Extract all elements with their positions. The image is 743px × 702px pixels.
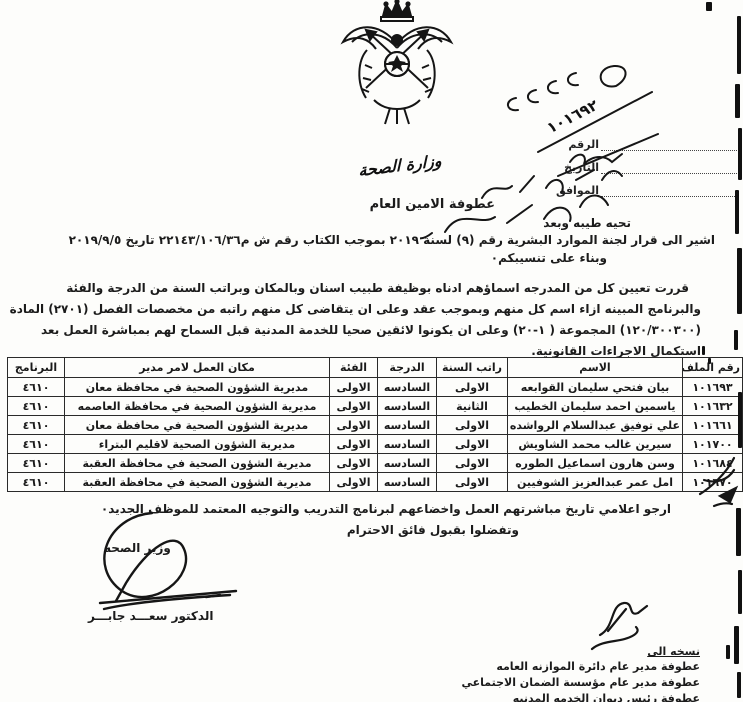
cell-program: ٤٦١٠: [8, 378, 65, 397]
scan-artifact: [738, 570, 742, 614]
cell-category: الاولى: [330, 378, 378, 397]
col-header-degree: الدرجة: [378, 358, 437, 378]
cell-category: الاولى: [330, 454, 378, 473]
cell-salary-year: الاولى: [437, 454, 508, 473]
scan-artifact: [738, 392, 742, 448]
cell-program: ٤٦١٠: [8, 473, 65, 492]
scan-artifact: [734, 626, 739, 664]
cell-file-number: ١٠١٦٣٢: [683, 397, 743, 416]
cell-category: الاولى: [330, 416, 378, 435]
handwritten-checkmark: [690, 448, 743, 508]
decision-line-1: قررت تعيين كل من المدرجه اسماؤهم ادناه ب…: [66, 281, 689, 295]
cell-program: ٤٦١٠: [8, 397, 65, 416]
decision-line-3: (١٢٠/٣٠٠٣٠٠) المجموعة ( ١-٢٠) وعلى ان يك…: [41, 323, 701, 337]
cell-name: بيان فتحي سليمان القوابعه: [508, 378, 683, 397]
copy-item: عطوفة مدير عام مؤسسة الضمان الاجتماعي: [461, 676, 700, 689]
table-header-row: رقم الملف الاسم راتب السنة الدرجة الفئة …: [8, 358, 743, 378]
cell-salary-year: الاولى: [437, 378, 508, 397]
cell-workplace: مديرية الشؤون الصحية في محافظة معان: [65, 378, 330, 397]
appointments-table: رقم الملف الاسم راتب السنة الدرجة الفئة …: [7, 357, 743, 492]
scan-artifact: [736, 508, 741, 556]
cell-category: الاولى: [330, 473, 378, 492]
cell-salary-year: الاولى: [437, 473, 508, 492]
cell-degree: السادسه: [378, 473, 437, 492]
cell-name: وسن هارون اسماعيل الطوره: [508, 454, 683, 473]
cell-degree: السادسه: [378, 397, 437, 416]
cell-name: امل عمر عبدالعزيز الشوفيين: [508, 473, 683, 492]
reference-line: اشير الى قرار لجنة الموارد البشرية رقم (…: [69, 233, 715, 247]
col-header-name: الاسم: [508, 358, 683, 378]
cell-file-number: ١٠١٦٩٣: [683, 378, 743, 397]
scanned-letter-page: وزارة الصحة الرقم التاريخ الموافق ١٠١٦٩٢…: [0, 0, 743, 702]
scan-artifact: [706, 2, 712, 11]
table-row: ١٠١٦٩٣ بيان فتحي سليمان القوابعه الاولى …: [8, 378, 743, 397]
copy-item: عطوفة رئيس ديوان الخدمه المدنيه: [513, 692, 700, 702]
cell-workplace: مديرية الشؤون الصحية لاقليم البتراء: [65, 435, 330, 454]
cell-name: علي توفيق عبدالسلام الرواشده: [508, 416, 683, 435]
cell-program: ٤٦١٠: [8, 435, 65, 454]
cell-workplace: مديرية الشؤون الصحية في محافظة العقبة: [65, 473, 330, 492]
greeting-line: تحيه طيبه وبعد: [543, 216, 631, 230]
copy-item: عطوفة مدير عام دائرة الموازنه العامه: [496, 660, 700, 673]
table-row: ١٠١٦٧٠ امل عمر عبدالعزيز الشوفيين الاولى…: [8, 473, 743, 492]
col-header-program: البرنامج: [8, 358, 65, 378]
cell-salary-year: الاولى: [437, 416, 508, 435]
table-row: ١٠١٦٦١ علي توفيق عبدالسلام الرواشده الاو…: [8, 416, 743, 435]
scan-artifact: [708, 358, 711, 364]
scan-artifact: [734, 330, 738, 350]
cell-salary-year: الاولى: [437, 435, 508, 454]
cell-program: ٤٦١٠: [8, 454, 65, 473]
scan-artifact: [737, 672, 741, 698]
cell-workplace: مديرية الشؤون الصحية في محافظة العاصمه: [65, 397, 330, 416]
recipient-heading: عطوفة الامين العام: [370, 197, 495, 212]
cell-degree: السادسه: [378, 435, 437, 454]
table-row: ١٠١٦٨٤ وسن هارون اسماعيل الطوره الاولى ا…: [8, 454, 743, 473]
cell-degree: السادسه: [378, 416, 437, 435]
scan-artifact: [735, 190, 739, 234]
signature-name: الدكتور سعـــد جابـــر: [88, 609, 213, 623]
scan-artifact: [702, 346, 705, 355]
signature-title: وزير الصحه: [104, 541, 171, 555]
cell-workplace: مديرية الشؤون الصحية في محافظة العقبة: [65, 454, 330, 473]
cell-salary-year: الثانية: [437, 397, 508, 416]
cell-degree: السادسه: [378, 378, 437, 397]
basis-line: وبناء على تنسيبكم٠: [491, 251, 607, 265]
scan-artifact: [735, 84, 740, 118]
copies-heading: نسخه الى: [647, 645, 700, 658]
appointments-table-wrap: رقم الملف الاسم راتب السنة الدرجة الفئة …: [8, 357, 743, 492]
minister-signature: [78, 505, 258, 625]
scan-artifact: [737, 16, 741, 74]
cell-category: الاولى: [330, 435, 378, 454]
scan-artifact: [737, 248, 742, 314]
scan-artifact: [738, 128, 742, 180]
decision-line-4: استكمال الاجراءات القانونية.: [531, 344, 701, 358]
cell-category: الاولى: [330, 397, 378, 416]
cell-file-number: ١٠١٦٦١: [683, 416, 743, 435]
cell-workplace: مديرية الشؤون الصحية في محافظة معان: [65, 416, 330, 435]
table-row: ١٠١٦٣٢ ياسمين احمد سليمان الخطيب الثانية…: [8, 397, 743, 416]
col-header-workplace: مكان العمل لامر مدير: [65, 358, 330, 378]
table-row: ١٠١٧٠٠ سيرين غالب محمد الشاويش الاولى ال…: [8, 435, 743, 454]
cell-name: سيرين غالب محمد الشاويش: [508, 435, 683, 454]
decision-line-2: والبرنامج المبينه ازاء اسم كل منهم وبموج…: [10, 302, 701, 316]
col-header-salary-year: راتب السنة: [437, 358, 508, 378]
cell-program: ٤٦١٠: [8, 416, 65, 435]
cell-name: ياسمين احمد سليمان الخطيب: [508, 397, 683, 416]
col-header-category: الفئة: [330, 358, 378, 378]
col-header-file-number: رقم الملف: [683, 358, 743, 378]
scan-artifact: [726, 645, 730, 659]
closing-salutation: وتفضلوا بقبول فائق الاحترام: [347, 523, 519, 537]
cell-degree: السادسه: [378, 454, 437, 473]
